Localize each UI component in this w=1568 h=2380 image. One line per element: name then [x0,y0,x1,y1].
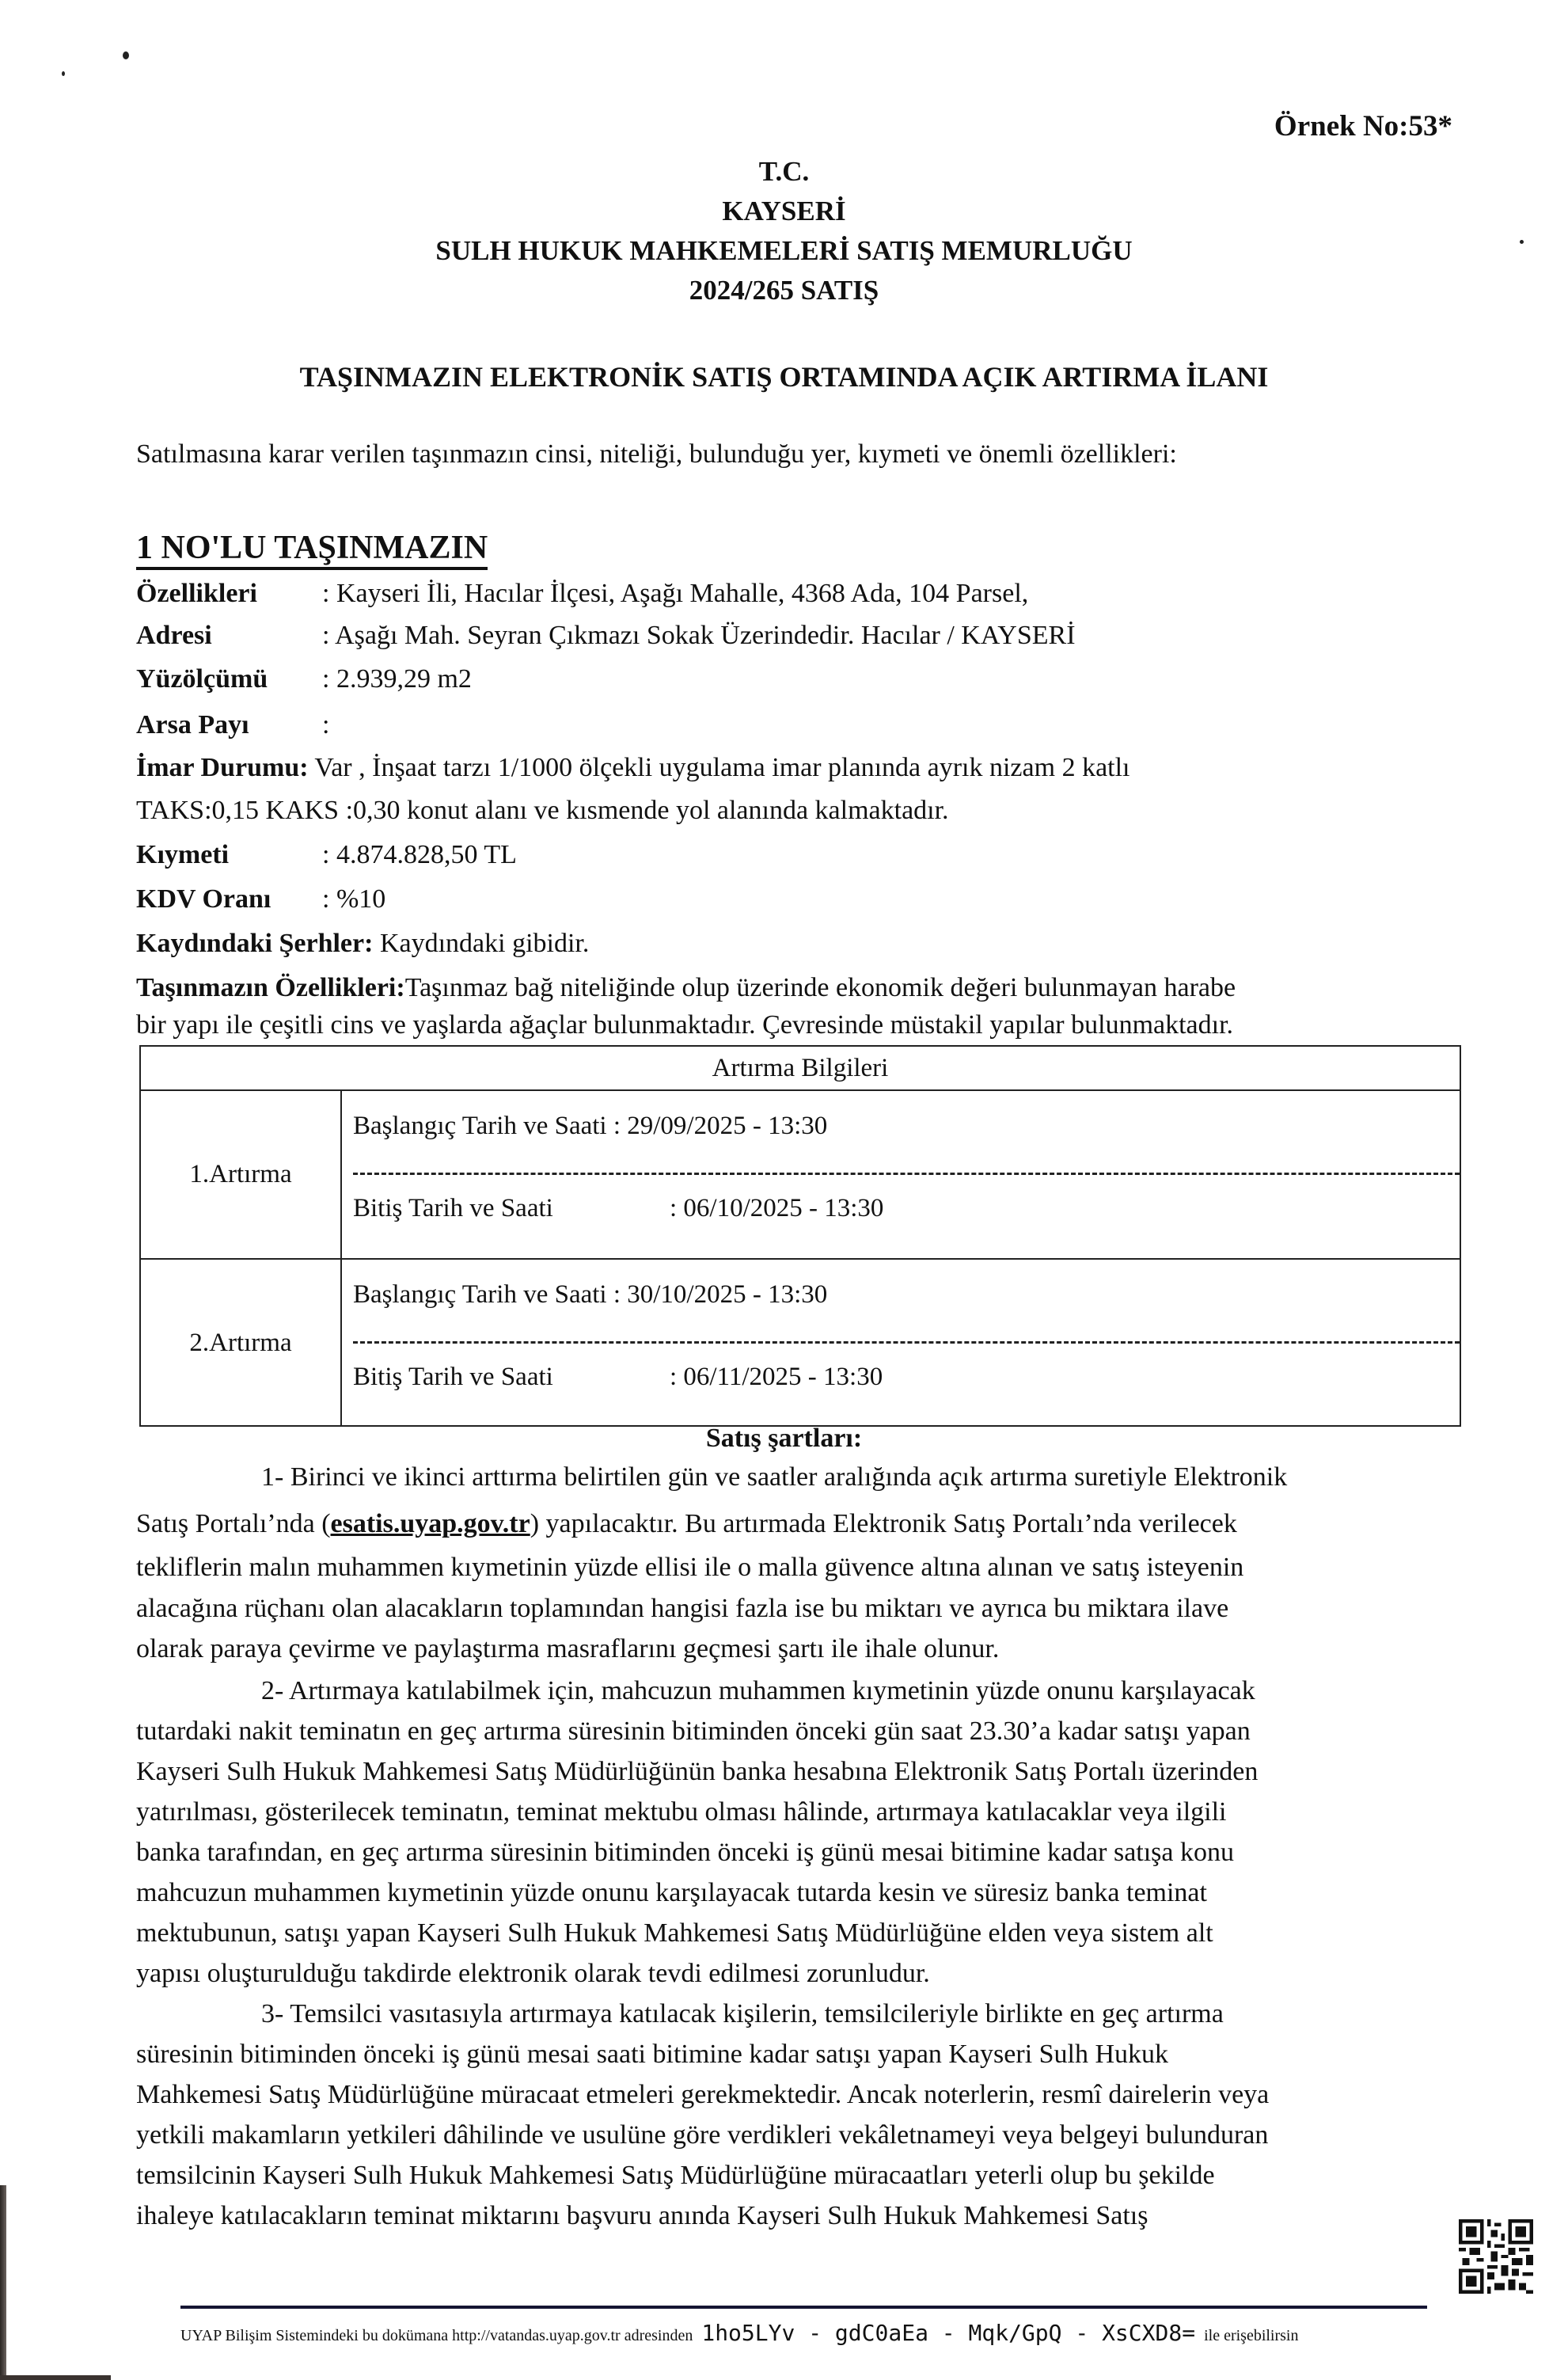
field-value: Kaydındaki gibidir. [373,929,589,958]
auction-round-1: 1.Artırma Başlangıç Tarih ve Saati : 29/… [141,1091,1460,1260]
field-value: : [322,710,329,739]
condition-1-line: Satış Portalı’nda (esatis.uyap.gov.tr) y… [136,1508,1463,1540]
condition-3-line: süresinin bitiminden önceki iş günü mesa… [136,2039,1463,2070]
property-field-adresi: Adresi: Aşağı Mah. Seyran Çıkmazı Sokak … [136,620,1076,652]
condition-2-line: tutardaki nakit teminatın en geç artırma… [136,1716,1463,1747]
header-line-tc: T.C. [0,155,1568,195]
field-value: : %10 [322,884,385,914]
condition-1-line: 1- Birinci ve ikinci arttırma belirtilen… [261,1462,1463,1493]
start-label: Başlangıç Tarih ve Saati [353,1280,607,1310]
auction-round-name: 2.Artırma [141,1260,342,1427]
end-label: Bitiş Tarih ve Saati [353,1194,670,1223]
footer-divider [180,2306,1427,2309]
footer-verification: UYAP Bilişim Sistemindeki bu dokümana ht… [180,2320,1299,2346]
property-field-kiymeti: Kıymeti: 4.874.828,50 TL [136,839,517,871]
intro-text: Satılmasına karar verilen taşınmazın cin… [136,439,1177,470]
condition-3-line: Mahkemesi Satış Müdürlüğüne müracaat etm… [136,2079,1463,2111]
field-label: Arsa Payı [136,709,322,741]
footer-suffix: ile erişebilirsin [1204,2327,1298,2344]
field-label: Kıymeti [136,839,322,871]
condition-1-line: olarak paraya çevirme ve paylaştırma mas… [136,1633,1463,1665]
property-field-serhler: Kaydındaki Şerhler: Kaydındaki gibidir. [136,928,589,960]
property-field-ozellikler: Taşınmazın Özellikleri:Taşınmaz bağ nite… [136,972,1236,1004]
auction-start: Başlangıç Tarih ve Saati : 29/09/2025 - … [353,1112,827,1141]
auction-round-2: 2.Artırma Başlangıç Tarih ve Saati : 30/… [141,1260,1460,1427]
condition-2-line: Kayseri Sulh Hukuk Mahkemesi Satış Müdür… [136,1756,1463,1788]
condition-1-line: alacağına rüçhanı olan alacakların topla… [136,1593,1463,1625]
field-label: İmar Durumu: [136,752,309,784]
condition-2-line: banka tarafından, en geç artırma süresin… [136,1837,1463,1869]
header-line-city: KAYSERİ [0,195,1568,234]
condition-2-line: yapısı oluşturulduğu takdirde elektronik… [136,1958,1463,1990]
auction-round-detail: Başlangıç Tarih ve Saati : 30/10/2025 - … [342,1260,1460,1427]
start-value: : 30/10/2025 - 13:30 [613,1280,827,1309]
field-label: KDV Oranı [136,884,322,915]
field-value: Var , İnşaat tarzı 1/1000 ölçekli uygula… [309,753,1130,782]
verification-code: 1ho5LYv - gdC0aEa - Mqk/GpQ - XsCXD8= [701,2320,1195,2346]
document-header: T.C. KAYSERİ SULH HUKUK MAHKEMELERİ SATI… [0,155,1568,314]
condition-2-line: 2- Artırmaya katılabilmek için, mahcuzun… [261,1675,1463,1707]
property-field-ozellikleri: Özellikleri: Kayseri İli, Hacılar İlçesi… [136,578,1028,610]
header-line-office: SULH HUKUK MAHKEMELERİ SATIŞ MEMURLUĞU [0,234,1568,274]
field-label: Özellikleri [136,578,322,610]
field-label: Adresi [136,620,322,652]
condition-2-line: mahcuzun muhammen kıymetinin yüzde onunu… [136,1877,1463,1909]
property-field-imar: İmar Durumu: Var , İnşaat tarzı 1/1000 ö… [136,752,1130,784]
field-value: : Aşağı Mah. Seyran Çıkmazı Sokak Üzerin… [322,621,1076,650]
property-field-kdv: KDV Oranı: %10 [136,884,385,915]
scan-edge [0,2375,111,2380]
scan-speck [123,51,129,59]
condition-3-line: yetkili makamların yetkileri dâhilinde v… [136,2120,1463,2151]
condition-2-line: mektubunun, satışı yapan Kayseri Sulh Hu… [136,1918,1463,1949]
start-value: : 29/09/2025 - 13:30 [613,1112,827,1140]
auction-end: Bitiş Tarih ve Saati: 06/10/2025 - 13:30 [353,1194,883,1223]
sample-number: Örnek No:53* [1274,109,1452,143]
dashed-separator [353,1341,1460,1344]
header-line-case-no: 2024/265 SATIŞ [0,274,1568,314]
auction-info-table: Artırma Bilgileri 1.Artırma Başlangıç Ta… [139,1045,1461,1427]
condition-3-line: 3- Temsilci vasıtasıyla artırmaya katıla… [261,1998,1463,2030]
scan-speck [62,71,65,76]
start-label: Başlangıç Tarih ve Saati [353,1112,607,1141]
auction-end: Bitiş Tarih ve Saati: 06/11/2025 - 13:30 [353,1363,883,1392]
property-field-ozellikler-cont: bir yapı ile çeşitli cins ve yaşlarda ağ… [136,1009,1233,1041]
field-label: Kaydındaki Şerhler: [136,928,373,960]
condition-3-line: ihaleye katılacakların teminat miktarını… [136,2200,1463,2232]
field-value: TAKS:0,15 KAKS :0,30 konut alanı ve kısm… [136,796,949,825]
field-value: Taşınmaz bağ niteliğinde olup üzerinde e… [405,973,1236,1002]
esatis-link[interactable]: esatis.uyap.gov.tr [331,1509,530,1538]
property-field-yuzolcumu: Yüzölçümü: 2.939,29 m2 [136,663,472,695]
condition-2-line: yatırılması, gösterilecek teminatın, tem… [136,1796,1463,1828]
property-field-arsa-payi: Arsa Payı: [136,709,329,741]
scan-edge [0,2185,6,2380]
text: ) yapılacaktır. Bu artırmada Elektronik … [530,1509,1237,1538]
sale-conditions-title: Satış şartları: [0,1424,1568,1454]
property-heading: 1 NO'LU TAŞINMAZIN [136,529,488,570]
announcement-title: TAŞINMAZIN ELEKTRONİK SATIŞ ORTAMINDA AÇ… [0,360,1568,393]
text: Satış Portalı’nda ( [136,1509,331,1538]
auction-table-title: Artırma Bilgileri [141,1047,1460,1091]
dashed-separator [353,1173,1460,1175]
end-value: : 06/11/2025 - 13:30 [670,1363,883,1391]
field-value: bir yapı ile çeşitli cins ve yaşlarda ağ… [136,1010,1233,1040]
footer-prefix: UYAP Bilişim Sistemindeki bu dokümana ht… [180,2327,693,2344]
field-value: : 2.939,29 m2 [322,664,472,694]
field-label: Yüzölçümü [136,663,322,695]
auction-start: Başlangıç Tarih ve Saati : 30/10/2025 - … [353,1280,827,1310]
qr-code-icon [1459,2219,1533,2294]
end-value: : 06/10/2025 - 13:30 [670,1194,883,1222]
field-label: Taşınmazın Özellikleri: [136,972,405,1004]
auction-round-detail: Başlangıç Tarih ve Saati : 29/09/2025 - … [342,1091,1460,1258]
end-label: Bitiş Tarih ve Saati [353,1363,670,1392]
field-value: : 4.874.828,50 TL [322,840,517,869]
condition-3-line: temsilcinin Kayseri Sulh Hukuk Mahkemesi… [136,2160,1463,2192]
auction-round-name: 1.Artırma [141,1091,342,1258]
condition-1-line: tekliflerin malın muhammen kıymetinin yü… [136,1552,1463,1583]
property-field-imar-cont: TAKS:0,15 KAKS :0,30 konut alanı ve kısm… [136,795,949,827]
field-value: : Kayseri İli, Hacılar İlçesi, Aşağı Mah… [322,579,1028,608]
